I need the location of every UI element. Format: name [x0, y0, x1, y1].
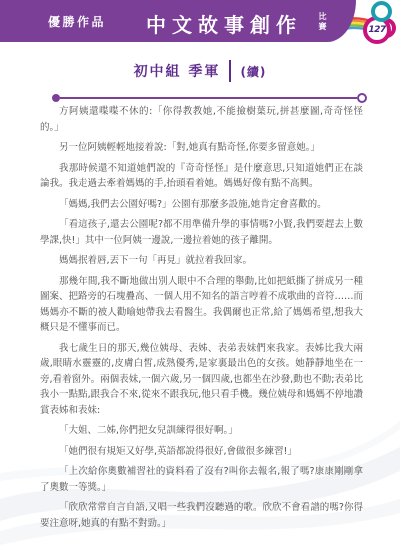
story-body: 方阿姨還喋喋不休的:「你得教教她,不能撿樹葉玩,拼甚麼圖,奇奇怪怪的。」 另一位…: [40, 104, 363, 536]
story-paragraph: 我那時候還不知道她們說的『奇奇怪怪』是什麼意思,只知道她們正在談論我。我走過去牽…: [40, 161, 363, 192]
story-paragraph: 「大姐、二姊,你們把女兒訓練得很好啊。」: [40, 423, 363, 439]
divider-line: [60, 97, 357, 99]
continued-label: (續): [240, 63, 266, 80]
page: { "header": { "label": "優勝作品", "title": …: [0, 0, 400, 551]
story-paragraph: 「看這孩子,還去公園呢?都不用準備升學的事情嗎?小賢,我們要趕去上數學課,快!」…: [40, 217, 363, 248]
divider-ring-icon: [357, 93, 367, 103]
title-separator-bar: [229, 60, 231, 82]
story-paragraph: 我七歲生日的那天,幾位姨母、表姊、表弟表妹們來我家。表姊比我大兩歲,眼睛水靈靈的…: [40, 341, 363, 419]
teal-ring-icon: [371, 1, 392, 22]
story-paragraph: 媽媽抿着唇,丟下一句「再見」就拉着我回家。: [40, 253, 363, 269]
story-paragraph: 另一位阿姨輕輕地接着說:「對,她真有點奇怪,你要多留意她。」: [40, 140, 363, 156]
story-paragraph: 「媽媽,我們去公園好嗎?」公園有那麼多設施,她肯定會喜歡的。: [40, 197, 363, 213]
competition-title: 中文故事創作: [146, 9, 302, 38]
title-divider: [52, 93, 367, 103]
header-banner: 優勝作品 中文故事創作 比賽: [0, 0, 356, 42]
story-paragraph: 「欣欣常常自言自語,又唱一些我們沒聽過的歌。欣欣不會看譜的嗎?你得要注意呀,她真…: [40, 500, 363, 531]
group-award-label: 初中組 季軍: [134, 61, 221, 81]
story-paragraph: 「她們很有規矩又好學,英語都說得很好,會做很多練習!」: [40, 444, 363, 460]
story-paragraph: 「上次給你奧數補習社的資料看了沒有?叫你去報名,報了嗎?康康剛剛拿了奧數一等獎。…: [40, 464, 363, 495]
divider-dot-icon: [52, 94, 60, 102]
competition-title-suffix: 比賽: [317, 12, 327, 32]
story-paragraph: 方阿姨還喋喋不休的:「你得教教她,不能撿樹葉玩,拼甚麼圖,奇奇怪怪的。」: [40, 104, 363, 135]
section-title: 初中組 季軍 (續): [0, 60, 400, 82]
winning-works-label: 優勝作品: [48, 13, 106, 30]
page-number: 127: [368, 25, 385, 35]
story-paragraph: 那幾年間,我不斷地做出別人眼中不合理的舉動,比如把紙撕了拼成另一種圖案、把路旁的…: [40, 274, 363, 336]
